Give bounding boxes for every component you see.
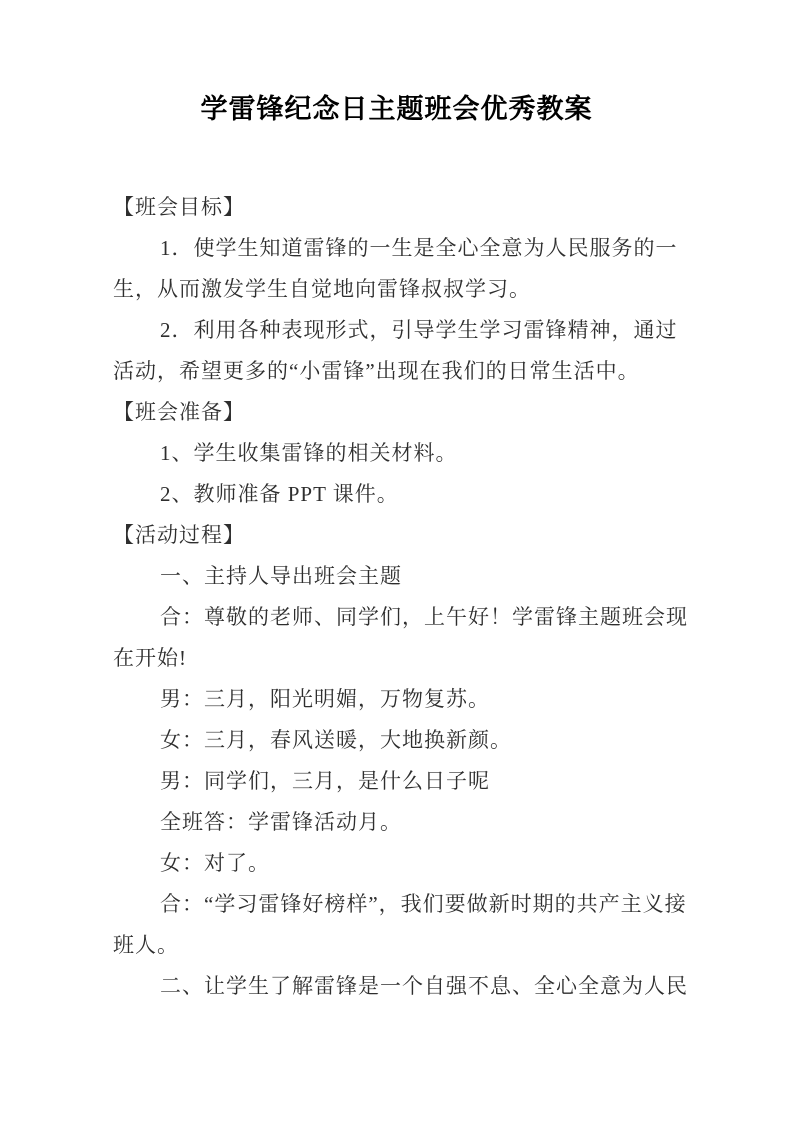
doc-line: 男：同学们，三月，是什么日子呢 (113, 761, 679, 802)
doc-line: 2．利用各种表现形式，引导学生学习雷锋精神，通过 (113, 310, 679, 351)
doc-line: 合：尊敬的老师、同学们，上午好！学雷锋主题班会现 (113, 597, 679, 638)
doc-line: 1．使学生知道雷锋的一生是全心全意为人民服务的一 (113, 228, 679, 269)
doc-line: 生，从而激发学生自觉地向雷锋叔叔学习。 (113, 269, 679, 310)
document-title: 学雷锋纪念日主题班会优秀教案 (0, 89, 793, 129)
section-heading: 【活动过程】 (113, 515, 679, 556)
doc-line: 二、让学生了解雷锋是一个自强不息、全心全意为人民 (113, 966, 679, 1007)
doc-line: 女：三月，春风送暖，大地换新颜。 (113, 720, 679, 761)
document-body: 【班会目标】 1．使学生知道雷锋的一生是全心全意为人民服务的一 生，从而激发学生… (113, 187, 679, 1007)
doc-line: 女：对了。 (113, 843, 679, 884)
doc-line: 男：三月，阳光明媚，万物复苏。 (113, 679, 679, 720)
section-heading: 【班会准备】 (113, 392, 679, 433)
doc-line: 在开始! (113, 638, 679, 679)
doc-line: 2、教师准备 PPT 课件。 (113, 474, 679, 515)
doc-line: 合：“学习雷锋好榜样”，我们要做新时期的共产主义接 (113, 884, 679, 925)
doc-line: 1、学生收集雷锋的相关材料。 (113, 433, 679, 474)
doc-line: 一、主持人导出班会主题 (113, 556, 679, 597)
section-heading: 【班会目标】 (113, 187, 679, 228)
doc-line: 活动，希望更多的“小雷锋”出现在我们的日常生活中。 (113, 351, 679, 392)
doc-line: 班人。 (113, 925, 679, 966)
doc-line: 全班答：学雷锋活动月。 (113, 802, 679, 843)
document-page: 学雷锋纪念日主题班会优秀教案 【班会目标】 1．使学生知道雷锋的一生是全心全意为… (0, 0, 793, 1122)
